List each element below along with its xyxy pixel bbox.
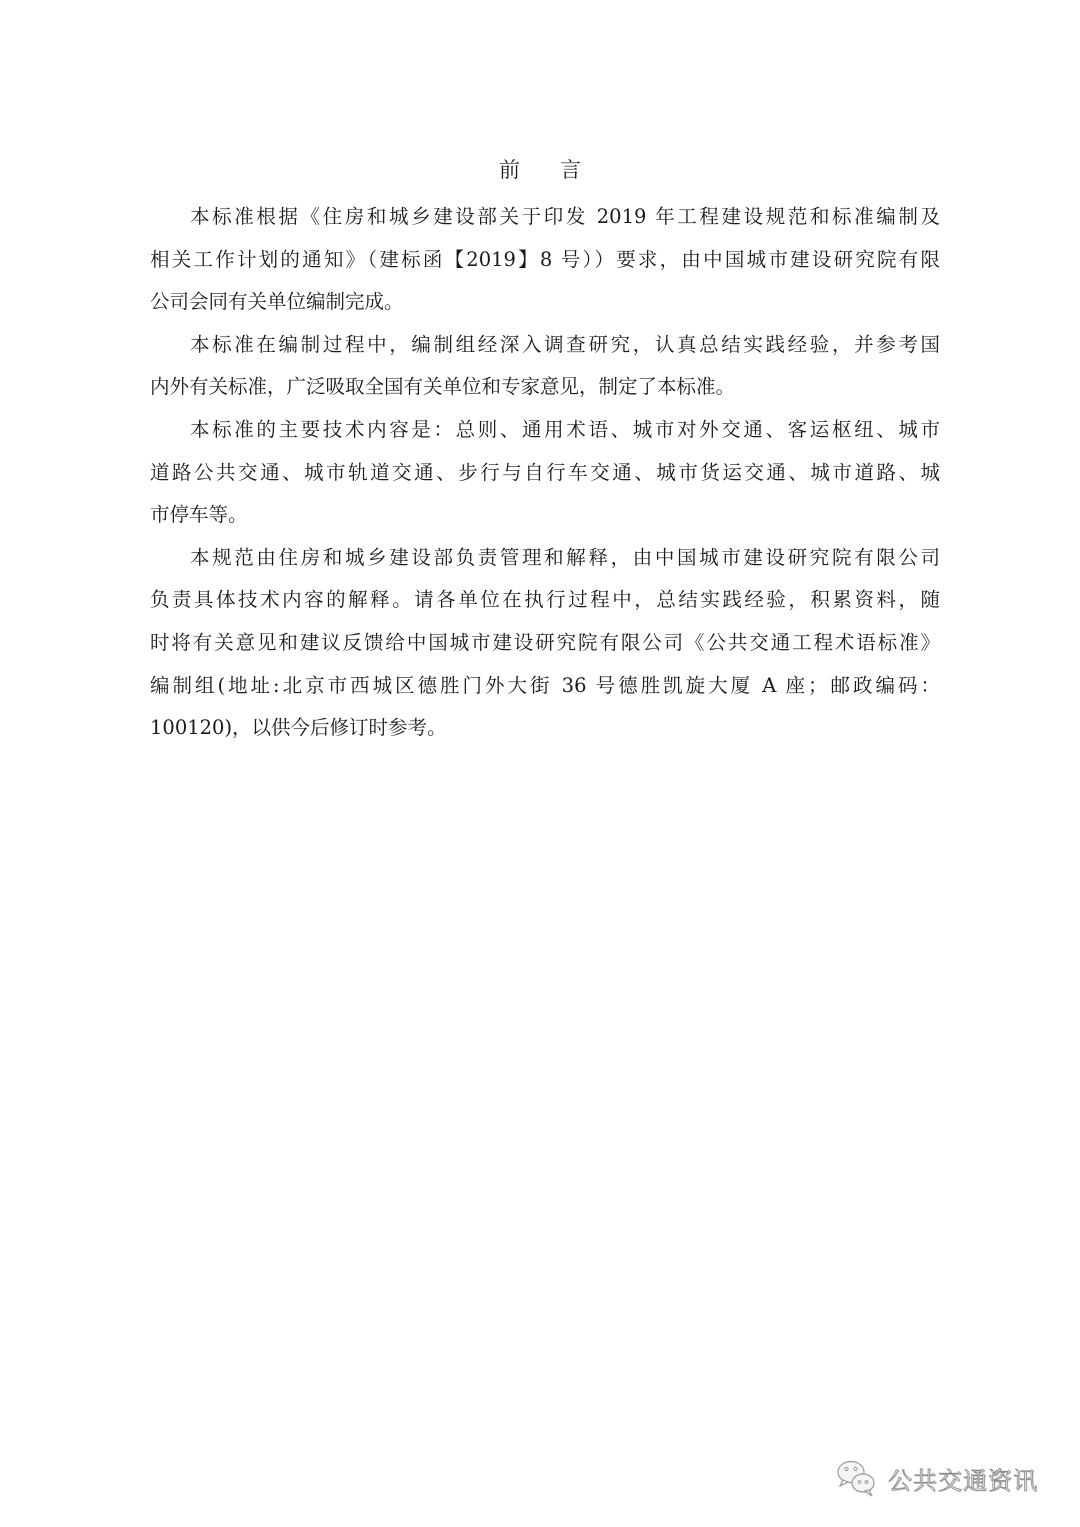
paragraph-line: 本规范由住房和城乡建设部负责管理和解释，由中国城市建设研究院有限公司 xyxy=(150,537,940,580)
wechat-icon xyxy=(836,1458,878,1498)
paragraph-line: 市停车等。 xyxy=(150,494,940,537)
page-title: 前言 xyxy=(0,153,1080,187)
paragraph-line: 编制组(地址:北京市西城区德胜门外大街 36 号德胜凯旋大厦 A 座；邮政编码： xyxy=(150,665,940,708)
paragraph-line: 负责具体技术内容的解释。请各单位在执行过程中，总结实践经验，积累资料，随 xyxy=(150,579,940,622)
paragraph-line: 公司会同有关单位编制完成。 xyxy=(150,281,940,324)
title-char-1: 前 xyxy=(499,153,520,187)
paragraph-line: 相关工作计划的通知》（建标函【2019】8 号））要求，由中国城市建设研究院有限 xyxy=(150,239,940,282)
paragraph-line: 道路公共交通、城市轨道交通、步行与自行车交通、城市货运交通、城市道路、城 xyxy=(150,452,940,495)
paragraph-1: 本标准根据《住房和城乡建设部关于印发 2019 年工程建设规范和标准编制及 相关… xyxy=(150,196,940,324)
paragraph-line: 本标准的主要技术内容是：总则、通用术语、城市对外交通、客运枢纽、城市 xyxy=(150,409,940,452)
paragraph-2: 本标准在编制过程中，编制组经深入调查研究，认真总结实践经验，并参考国 内外有关标… xyxy=(150,324,940,409)
paragraph-line: 本标准在编制过程中，编制组经深入调查研究，认真总结实践经验，并参考国 xyxy=(150,324,940,367)
paragraph-line: 100120)，以供今后修订时参考。 xyxy=(150,707,940,750)
preface-body: 本标准根据《住房和城乡建设部关于印发 2019 年工程建设规范和标准编制及 相关… xyxy=(150,196,940,750)
paragraph-line: 时将有关意见和建议反馈给中国城市建设研究院有限公司《公共交通工程术语标准》 xyxy=(150,622,940,665)
paragraph-line: 内外有关标准，广泛吸取全国有关单位和专家意见，制定了本标准。 xyxy=(150,366,940,409)
paragraph-line: 本标准根据《住房和城乡建设部关于印发 2019 年工程建设规范和标准编制及 xyxy=(150,196,940,239)
watermark-text: 公共交通资讯 xyxy=(888,1461,1038,1496)
paragraph-3: 本标准的主要技术内容是：总则、通用术语、城市对外交通、客运枢纽、城市 道路公共交… xyxy=(150,409,940,537)
document-page: 前言 本标准根据《住房和城乡建设部关于印发 2019 年工程建设规范和标准编制及… xyxy=(0,0,1080,1527)
title-char-2: 言 xyxy=(560,153,581,187)
paragraph-4: 本规范由住房和城乡建设部负责管理和解释，由中国城市建设研究院有限公司 负责具体技… xyxy=(150,537,940,750)
watermark: 公共交通资讯 xyxy=(836,1458,1038,1498)
